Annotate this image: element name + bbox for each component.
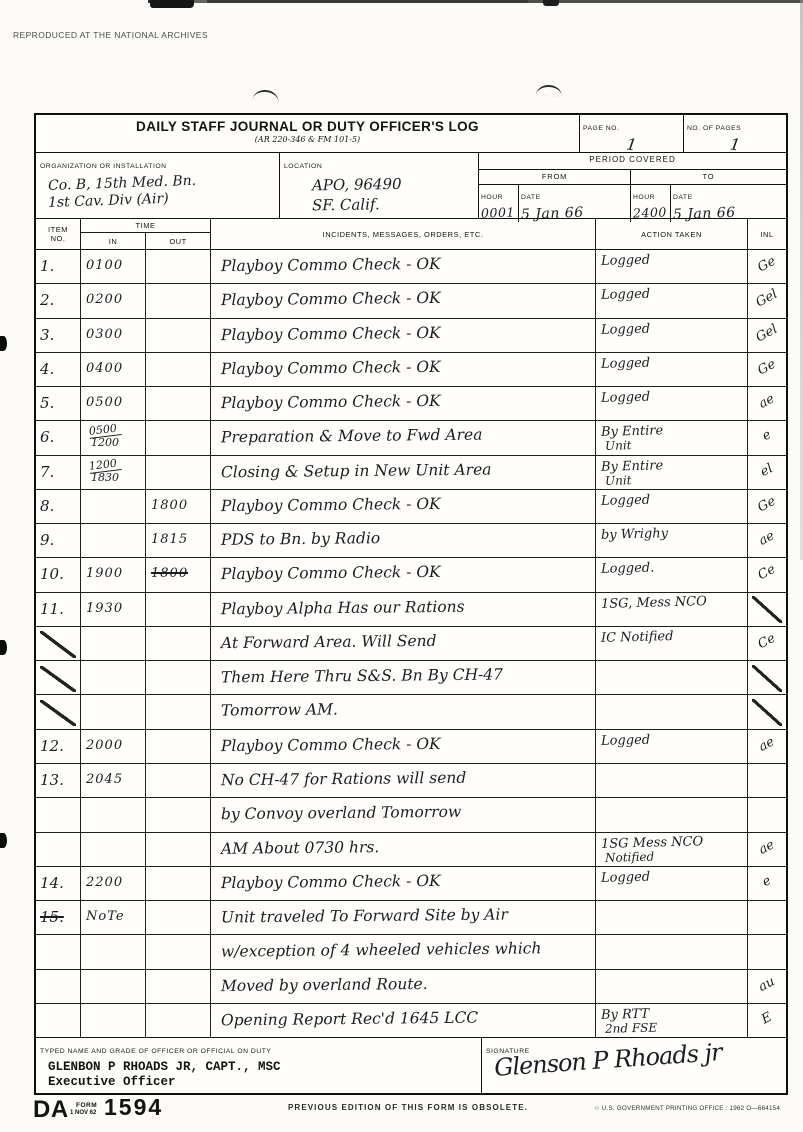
initials-value: Ge — [743, 483, 791, 527]
item-no-value: 14. — [40, 867, 64, 899]
time-in-value: 0300 — [86, 319, 123, 351]
item-no-value: 6. — [40, 421, 54, 453]
action-text: 1SG, Mess NCO — [601, 594, 747, 612]
action-cell — [596, 935, 748, 968]
item-cell: 2. — [36, 284, 81, 317]
item-cell — [36, 661, 81, 694]
action-cell: Logged — [596, 284, 748, 317]
time-in-cell: 0300 — [81, 319, 146, 352]
action-cell: Logged — [596, 730, 748, 763]
stray-pen-mark — [536, 85, 562, 97]
initials-cell: Ge — [748, 490, 786, 523]
incident-cell: Playboy Commo Check - OK — [211, 387, 596, 420]
incident-text: Playboy Commo Check - OK — [221, 866, 441, 899]
time-in-value: 2200 — [86, 867, 123, 899]
initials-cell: e — [748, 867, 786, 900]
scan-smudge-blob — [150, 0, 194, 8]
slash-mark — [752, 596, 782, 623]
period-covered-cell: PERIOD COVERED FROM TO HOUR 0001 DATE 5 … — [479, 153, 786, 218]
item-cell: 12. — [36, 730, 81, 763]
time-out-cell — [146, 284, 211, 317]
incident-text: by Convoy overland Tomorrow — [221, 797, 461, 831]
form-title: DAILY STAFF JOURNAL OR DUTY OFFICER'S LO… — [36, 119, 579, 134]
initials-cell — [748, 764, 786, 797]
incident-cell: Playboy Commo Check - OK — [211, 558, 596, 591]
log-row: Them Here Thru S&S. Bn By CH-47 — [36, 661, 786, 695]
incident-text: Preparation & Move to Fwd Area — [221, 420, 483, 454]
initials-cell: au — [748, 970, 786, 1003]
action-cell — [596, 901, 748, 934]
item-no-value: 4. — [40, 353, 54, 385]
item-cell: 7. — [36, 456, 81, 489]
scan-smudge-blob-2 — [543, 0, 559, 6]
time-in-cell: 0200 — [81, 284, 146, 317]
da-form-number: 1594 — [104, 1094, 163, 1121]
column-time-sub: IN OUT — [81, 233, 210, 249]
time-out-cell: 1800 — [146, 558, 211, 591]
time-in-cell — [81, 661, 146, 694]
log-row: Tomorrow AM. — [36, 695, 786, 729]
time-in-cell — [81, 970, 146, 1003]
scan-edge-blob — [0, 640, 7, 655]
time-out-cell — [146, 730, 211, 763]
time-out-value: 1815 — [151, 524, 188, 556]
item-cell — [36, 1004, 81, 1037]
time-out-cell — [146, 798, 211, 831]
time-in-cell: 1930 — [81, 593, 146, 626]
scan-edge-blob — [0, 833, 7, 848]
form-subtitle: (AR 220-346 & FM 101-5) — [36, 135, 579, 144]
initials-cell: E — [748, 1004, 786, 1037]
incident-cell: Closing & Setup in New Unit Area — [211, 456, 596, 489]
time-out-cell — [146, 935, 211, 968]
action-cell: Logged — [596, 250, 748, 283]
archives-stamp: REPRODUCED AT THE NATIONAL ARCHIVES — [13, 30, 208, 40]
period-hour-date-row: HOUR 0001 DATE 5 Jan 66 HOUR 2400 DATE 5… — [479, 185, 786, 222]
time-out-cell: 1815 — [146, 524, 211, 557]
log-table-header: ITEM NO. TIME IN OUT INCIDENTS, MESSAGES… — [36, 219, 786, 250]
log-row: 12.2000Playboy Commo Check - OKLoggedae — [36, 730, 786, 764]
action-cell — [596, 695, 748, 728]
slash-mark — [40, 631, 75, 658]
time-in-cell — [81, 695, 146, 728]
log-row: 14.2200Playboy Commo Check - OKLoggede — [36, 867, 786, 901]
column-incidents: INCIDENTS, MESSAGES, ORDERS, ETC. — [211, 219, 596, 249]
column-out-label: OUT — [146, 233, 210, 249]
log-row: 13.2045No CH-47 for Rations will send — [36, 764, 786, 798]
action-cell — [596, 764, 748, 797]
action-cell: by Wrighy — [596, 524, 748, 557]
scan-smudge-top — [148, 0, 803, 3]
incident-text: Playboy Alpha Has our Rations — [221, 591, 465, 625]
from-hour-cell: HOUR 0001 — [479, 185, 519, 222]
initials-cell — [748, 695, 786, 728]
time-in-value: 2000 — [86, 730, 123, 762]
time-in-cell — [81, 490, 146, 523]
incident-cell: At Forward Area. Will Send — [211, 627, 596, 660]
item-cell — [36, 627, 81, 660]
log-table-body: 1.0100Playboy Commo Check - OKLoggedGe2.… — [36, 250, 786, 1037]
time-in-cell: 0100 — [81, 250, 146, 283]
item-cell: 8. — [36, 490, 81, 523]
to-hour-cell: HOUR 2400 — [631, 185, 671, 222]
to-hour-label: HOUR — [633, 194, 655, 201]
location-value-line2: SF. Calif. — [312, 194, 474, 215]
time-in-cell — [81, 1004, 146, 1037]
obsolete-note: PREVIOUS EDITION OF THIS FORM IS OBSOLET… — [288, 1103, 528, 1112]
incident-cell: Preparation & Move to Fwd Area — [211, 421, 596, 454]
initials-cell — [748, 798, 786, 831]
initials-value: Ge — [743, 346, 791, 390]
item-no-value: 11. — [40, 593, 64, 625]
item-no-value: 3. — [40, 319, 54, 351]
time-out-cell — [146, 627, 211, 660]
time-out-value: 1800 — [151, 558, 188, 590]
item-cell: 15. — [36, 901, 81, 934]
item-no-value: 1. — [40, 250, 54, 282]
action-cell: Logged — [596, 490, 748, 523]
time-in-bottom: 1830 — [91, 472, 145, 484]
action-cell — [596, 661, 748, 694]
log-row: 4.0400Playboy Commo Check - OKLoggedGe — [36, 353, 786, 387]
log-row: 7.12001830Closing & Setup in New Unit Ar… — [36, 456, 786, 490]
initials-cell: ae — [748, 387, 786, 420]
incident-cell: w/exception of 4 wheeled vehicles which — [211, 935, 596, 968]
log-row: AM About 0730 hrs.1SG Mess NCONotifiedae — [36, 833, 786, 867]
form-org-row: ORGANIZATION OR INSTALLATION Co. B, 15th… — [36, 153, 786, 219]
initials-cell: ae — [748, 524, 786, 557]
initials-value: Ce — [743, 551, 791, 595]
action-cell: By EntireUnit — [596, 421, 748, 454]
incident-cell: Playboy Commo Check - OK — [211, 319, 596, 352]
period-to-label: TO — [631, 170, 786, 184]
column-item-line2: NO. — [51, 234, 66, 243]
to-date-label: DATE — [673, 194, 693, 201]
da-form-date: 1 NOV 62 — [70, 1110, 96, 1116]
log-row: w/exception of 4 wheeled vehicles which — [36, 935, 786, 969]
incident-text: At Forward Area. Will Send — [221, 626, 437, 659]
time-in-cell — [81, 935, 146, 968]
time-in-stacked: 12001830 — [89, 456, 145, 484]
incident-text: Them Here Thru S&S. Bn By CH-47 — [221, 660, 503, 694]
initials-value: Ce — [743, 620, 791, 664]
time-out-cell — [146, 695, 211, 728]
time-in-cell: NoTe — [81, 901, 146, 934]
incident-text: Playboy Commo Check - OK — [221, 386, 441, 419]
action-cell: By RTT2nd FSE — [596, 1004, 748, 1037]
from-hour-value: 0001 — [481, 204, 517, 220]
item-cell: 9. — [36, 524, 81, 557]
incident-text: Playboy Commo Check - OK — [221, 489, 441, 522]
incident-text: Playboy Commo Check - OK — [221, 729, 441, 762]
initials-value: e — [743, 414, 791, 458]
to-date-cell: DATE 5 Jan 66 — [671, 185, 786, 222]
action-text: Logged. — [601, 559, 747, 577]
time-out-cell — [146, 456, 211, 489]
initials-cell — [748, 661, 786, 694]
form-footer-row: TYPED NAME AND GRADE OF OFFICER OR OFFIC… — [36, 1037, 786, 1093]
item-no-value: 12. — [40, 730, 64, 762]
log-row: 5.0500Playboy Commo Check - OKLoggedae — [36, 387, 786, 421]
initials-value: E — [743, 997, 791, 1041]
stray-pen-mark — [252, 89, 279, 103]
incident-text: AM About 0730 hrs. — [221, 832, 380, 865]
log-row: 11.1930Playboy Alpha Has our Rations1SG,… — [36, 593, 786, 627]
incident-cell: Playboy Commo Check - OK — [211, 730, 596, 763]
item-no-value: 8. — [40, 490, 54, 522]
item-no-value: 10. — [40, 558, 64, 590]
action-cell: 1SG Mess NCONotified — [596, 833, 748, 866]
incident-cell: Them Here Thru S&S. Bn By CH-47 — [211, 661, 596, 694]
column-in-label: IN — [81, 233, 146, 249]
item-cell: 5. — [36, 387, 81, 420]
incident-text: Playboy Commo Check - OK — [221, 249, 441, 282]
time-out-cell — [146, 421, 211, 454]
typed-name-value: GLENBON P RHOADS JR, CAPT., MSC — [48, 1060, 477, 1074]
incident-cell: Opening Report Rec'd 1645 LCC — [211, 1004, 596, 1037]
column-item-line1: ITEM — [48, 225, 68, 234]
initials-cell — [748, 935, 786, 968]
action-cell: Logged — [596, 387, 748, 420]
incident-text: Unit traveled To Forward Site by Air — [221, 900, 508, 934]
column-action-taken: ACTION TAKEN — [596, 219, 748, 249]
initials-cell: Ce — [748, 627, 786, 660]
time-in-cell: 12001830 — [81, 456, 146, 489]
time-in-value: 1930 — [86, 593, 123, 625]
incident-text: Closing & Setup in New Unit Area — [221, 454, 492, 488]
location-cell: LOCATION APO, 96490 SF. Calif. — [280, 153, 479, 218]
slash-mark — [40, 700, 75, 727]
da-form-prefix: DA — [33, 1096, 69, 1124]
time-out-cell — [146, 901, 211, 934]
action-cell: Logged — [596, 319, 748, 352]
period-covered-label: PERIOD COVERED — [479, 153, 786, 170]
log-row: by Convoy overland Tomorrow — [36, 798, 786, 832]
time-out-cell — [146, 353, 211, 386]
incident-cell: Playboy Commo Check - OK — [211, 353, 596, 386]
incident-cell: AM About 0730 hrs. — [211, 833, 596, 866]
time-in-value: 2045 — [86, 764, 123, 796]
initials-value: e — [743, 860, 791, 904]
initials-cell — [748, 901, 786, 934]
action-text: Logged — [601, 320, 747, 338]
time-in-cell: 05001200 — [81, 421, 146, 454]
time-in-cell — [81, 524, 146, 557]
incident-text: Moved by overland Route. — [221, 968, 428, 1001]
signature-value: Glenson P Rhoads jr — [493, 1038, 722, 1082]
incident-text: No CH-47 for Rations will send — [221, 763, 467, 797]
time-in-bottom: 1200 — [91, 437, 145, 449]
slash-mark — [752, 699, 782, 726]
time-in-value: 0500 — [86, 387, 123, 419]
time-out-cell — [146, 970, 211, 1003]
action-cell — [596, 798, 748, 831]
time-out-cell — [146, 764, 211, 797]
incident-cell: Unit traveled To Forward Site by Air — [211, 901, 596, 934]
to-hour-value: 2400 — [633, 204, 669, 220]
item-cell — [36, 798, 81, 831]
time-out-cell — [146, 250, 211, 283]
incident-cell: Playboy Alpha Has our Rations — [211, 593, 596, 626]
initials-cell — [748, 593, 786, 626]
item-cell: 6. — [36, 421, 81, 454]
location-label: LOCATION — [284, 163, 322, 170]
action-text: Logged — [601, 868, 747, 886]
incident-cell: Playboy Commo Check - OK — [211, 867, 596, 900]
incident-text: Opening Report Rec'd 1645 LCC — [221, 1002, 479, 1036]
time-out-cell — [146, 593, 211, 626]
time-out-cell: 1800 — [146, 490, 211, 523]
time-in-value: 0100 — [86, 250, 123, 282]
scan-edge-blob — [0, 336, 7, 351]
incident-cell: Tomorrow AM. — [211, 695, 596, 728]
from-hour-label: HOUR — [481, 194, 503, 201]
form-title-row: DAILY STAFF JOURNAL OR DUTY OFFICER'S LO… — [36, 115, 786, 153]
incident-cell: No CH-47 for Rations will send — [211, 764, 596, 797]
time-in-stacked: 05001200 — [89, 421, 145, 449]
action-text: Logged — [601, 354, 747, 372]
time-out-cell — [146, 1004, 211, 1037]
item-cell: 10. — [36, 558, 81, 591]
log-row: 3.0300Playboy Commo Check - OKLoggedGel — [36, 319, 786, 353]
slash-mark — [40, 666, 75, 693]
item-no-value: 15. — [40, 901, 64, 933]
log-row: 15.NoTeUnit traveled To Forward Site by … — [36, 901, 786, 935]
initials-cell: el — [748, 456, 786, 489]
time-out-cell — [146, 867, 211, 900]
action-cell: Logged. — [596, 558, 748, 591]
action-text: Logged — [601, 251, 747, 269]
log-row: 2.0200Playboy Commo Check - OKLoggedGel — [36, 284, 786, 318]
initials-value: Gel — [743, 277, 791, 321]
item-cell: 14. — [36, 867, 81, 900]
time-in-cell: 2000 — [81, 730, 146, 763]
column-initials: INL — [748, 219, 786, 249]
item-cell: 4. — [36, 353, 81, 386]
typed-name-label: TYPED NAME AND GRADE OF OFFICER OR OFFIC… — [40, 1048, 271, 1055]
incident-text: Playboy Commo Check - OK — [221, 557, 441, 590]
action-cell: Logged — [596, 867, 748, 900]
initials-value: Gel — [743, 311, 791, 355]
initials-value: ae — [743, 723, 791, 767]
initials-cell: e — [748, 421, 786, 454]
log-row: 9.1815PDS to Bn. by Radioby Wrighyae — [36, 524, 786, 558]
column-time-label: TIME — [81, 219, 210, 233]
time-out-cell — [146, 319, 211, 352]
initials-value: au — [743, 962, 791, 1006]
log-row: 6.05001200Preparation & Move to Fwd Area… — [36, 421, 786, 455]
da-form-word: FORM — [76, 1102, 97, 1109]
da-form-1594: DAILY STAFF JOURNAL OR DUTY OFFICER'S LO… — [34, 113, 788, 1095]
incident-cell: Playboy Commo Check - OK — [211, 250, 596, 283]
time-in-cell — [81, 798, 146, 831]
time-in-cell — [81, 627, 146, 660]
time-in-cell: 1900 — [81, 558, 146, 591]
item-no-value: 2. — [40, 284, 54, 316]
time-out-cell — [146, 661, 211, 694]
action-text: Logged — [601, 491, 747, 509]
incident-text: Playboy Commo Check - OK — [221, 317, 441, 350]
initials-cell: Ge — [748, 353, 786, 386]
action-text: Logged — [601, 731, 747, 749]
item-no-value: 9. — [40, 524, 54, 556]
page-no-cell: PAGE NO. 1 — [580, 115, 684, 152]
item-cell — [36, 695, 81, 728]
action-cell: By EntireUnit — [596, 456, 748, 489]
incident-text: Playboy Commo Check - OK — [221, 352, 441, 385]
time-in-cell: 0500 — [81, 387, 146, 420]
item-no-value: 13. — [40, 764, 64, 796]
initials-cell: ae — [748, 730, 786, 763]
time-in-cell — [81, 833, 146, 866]
time-in-value: 0400 — [86, 353, 123, 385]
item-cell — [36, 935, 81, 968]
initials-cell: Ge — [748, 250, 786, 283]
log-row: At Forward Area. Will SendIC NotifiedCe — [36, 627, 786, 661]
item-cell: 11. — [36, 593, 81, 626]
period-from-to-row: FROM TO — [479, 170, 786, 185]
time-out-cell — [146, 387, 211, 420]
time-out-value: 1800 — [151, 490, 188, 522]
typed-title-value: Executive Officer — [48, 1075, 477, 1089]
time-in-value: 1900 — [86, 558, 123, 590]
action-cell: IC Notified — [596, 627, 748, 660]
log-row: Opening Report Rec'd 1645 LCCBy RTT2nd F… — [36, 1004, 786, 1037]
initials-cell: ae — [748, 833, 786, 866]
log-row: 1.0100Playboy Commo Check - OKLoggedGe — [36, 250, 786, 284]
gpo-note: ☆ U.S. GOVERNMENT PRINTING OFFICE : 1962… — [594, 1105, 780, 1112]
initials-value: el — [743, 448, 791, 492]
item-cell — [36, 833, 81, 866]
from-date-label: DATE — [521, 194, 541, 201]
action-text: by Wrighy — [601, 525, 747, 543]
item-cell: 13. — [36, 764, 81, 797]
action-text: Logged — [601, 388, 747, 406]
item-no-value: 7. — [40, 456, 54, 488]
incident-text: Playboy Commo Check - OK — [221, 283, 441, 316]
organization-label: ORGANIZATION OR INSTALLATION — [40, 163, 167, 170]
typed-name-cell: TYPED NAME AND GRADE OF OFFICER OR OFFIC… — [36, 1038, 482, 1093]
item-cell: 3. — [36, 319, 81, 352]
initials-cell: Ce — [748, 558, 786, 591]
organization-cell: ORGANIZATION OR INSTALLATION Co. B, 15th… — [36, 153, 280, 218]
action-text: IC Notified — [601, 628, 747, 646]
time-in-value: NoTe — [86, 901, 125, 933]
from-date-cell: DATE 5 Jan 66 — [519, 185, 631, 222]
column-time: TIME IN OUT — [81, 219, 211, 249]
time-in-cell: 2200 — [81, 867, 146, 900]
time-in-cell: 0400 — [81, 353, 146, 386]
form-title-cell: DAILY STAFF JOURNAL OR DUTY OFFICER'S LO… — [36, 115, 580, 152]
time-in-value: 0200 — [86, 284, 123, 316]
log-row: 10.19001800Playboy Commo Check - OKLogge… — [36, 558, 786, 592]
incident-cell: by Convoy overland Tomorrow — [211, 798, 596, 831]
initials-cell: Gel — [748, 319, 786, 352]
incident-text: Tomorrow AM. — [221, 695, 338, 727]
log-row: 8.1800Playboy Commo Check - OKLoggedGe — [36, 490, 786, 524]
incident-cell: Moved by overland Route. — [211, 970, 596, 1003]
initials-cell: Gel — [748, 284, 786, 317]
no-of-pages-cell: NO. OF PAGES 1 — [684, 115, 786, 152]
incident-cell: Playboy Commo Check - OK — [211, 284, 596, 317]
incident-text: PDS to Bn. by Radio — [221, 523, 381, 556]
period-from-label: FROM — [479, 170, 631, 184]
log-row: Moved by overland Route.au — [36, 970, 786, 1004]
item-cell — [36, 970, 81, 1003]
incident-text: w/exception of 4 wheeled vehicles which — [221, 934, 542, 968]
column-item-no: ITEM NO. — [36, 219, 81, 249]
action-cell: Logged — [596, 353, 748, 386]
